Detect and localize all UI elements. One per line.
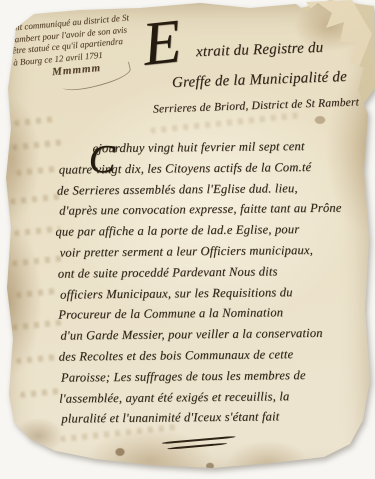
bleedthrough-stroke [14,226,60,237]
paper-stack: fait communiqué au district de St ramber… [0,0,375,479]
bleedthrough-stroke [20,388,60,398]
bleedthrough-stroke [16,166,56,176]
title-line-1: xtrait du Registre du [196,40,324,61]
bleedthrough-stroke [10,193,62,204]
bleedthrough-stroke [14,116,58,127]
manuscript-photo: fait communiqué au district de St ramber… [0,0,375,479]
title-line-3: Serrieres de Briord, District de St Ramb… [153,96,359,115]
bleedthrough-stroke [16,288,58,298]
bleedthrough-stroke [12,255,62,266]
body-line: pluralité et l'unanimité d'Iceux s'étant… [61,409,374,433]
bleedthrough-stroke [16,354,60,365]
closing-flourish [162,434,237,454]
decorated-initial-E: E [139,6,184,81]
manuscript-page: fait communiqué au district de St ramber… [0,0,375,479]
title-line-2: Greffe de la Municipalité de [172,69,347,92]
body-line-text: ejourdhuy vingt huit fevrier mil sept ce… [92,139,304,155]
bleedthrough-stroke [150,112,300,134]
bleedthrough-stroke [12,319,62,330]
document-body: C ejourdhuy vingt huit fevrier mil sept … [56,138,374,432]
